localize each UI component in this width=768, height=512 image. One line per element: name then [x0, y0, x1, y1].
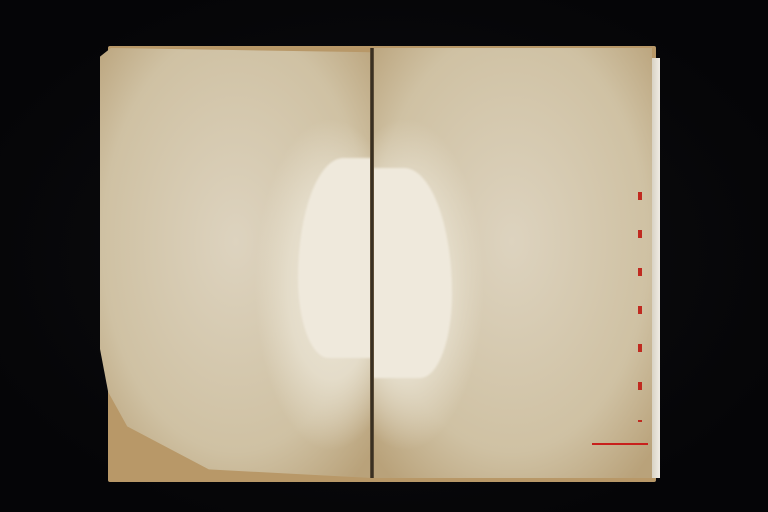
page-fore-edge [652, 58, 660, 478]
water-stain-right [372, 168, 452, 378]
right-page [372, 48, 652, 478]
water-stain-left [298, 158, 372, 358]
red-edge-marks [638, 162, 642, 422]
left-page [100, 48, 372, 478]
photograph [0, 0, 768, 512]
red-rule-line [592, 443, 648, 445]
open-book [98, 42, 662, 484]
book-gutter [370, 48, 374, 478]
